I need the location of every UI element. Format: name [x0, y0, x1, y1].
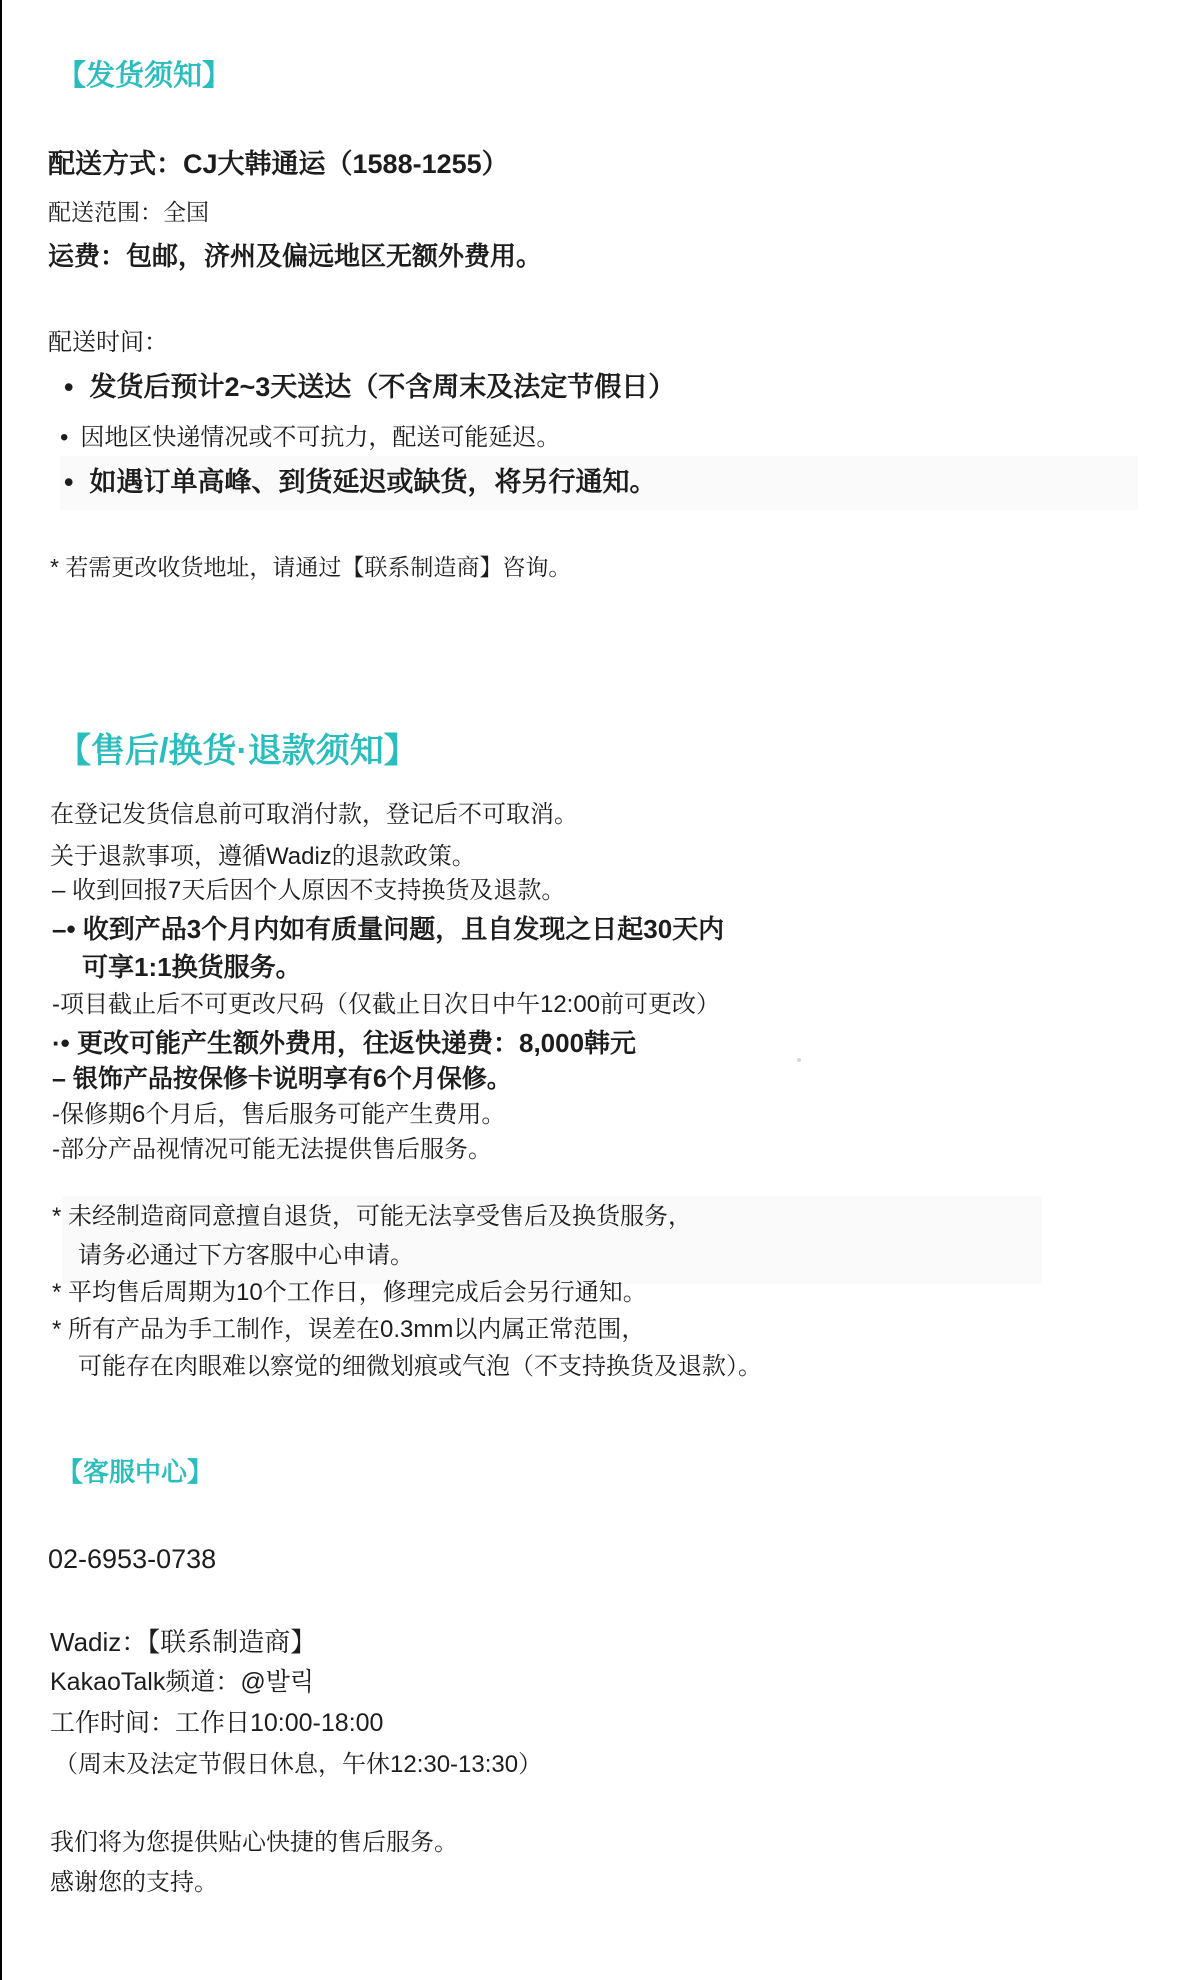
bullet-icon: •	[60, 423, 68, 453]
policy-line-2: –• 收到产品3个月内如有质量问题，且自发现之日起30天内	[52, 913, 724, 946]
shipping-fee-line: 运费：包邮，济州及偏远地区无额外费用。	[48, 240, 542, 273]
policy-line-6: -保修期6个月后，售后服务可能产生费用。	[52, 1100, 505, 1130]
policy-line-3: -项目截止后不可更改尺码（仅截止日次日中午12:00前可更改）	[52, 990, 720, 1020]
customer-center-kakao: KakaoTalk频道：@발릭	[50, 1667, 314, 1698]
notice-page: 【发货须知】 配送方式：CJ大韩通运（1588-1255） 配送范围：全国 运费…	[0, 0, 1191, 1980]
closing-line-2: 感谢您的支持。	[50, 1868, 218, 1898]
shipping-bullet-1: • 发货后预计2~3天送达（不含周末及法定节假日）	[64, 371, 675, 405]
shipping-bullet-2-text: 因地区快递情况或不可抗力，配送可能延迟。	[80, 423, 560, 453]
shipping-area-line: 配送范围：全国	[48, 198, 209, 227]
after-sales-heading: 【售后/换货·退款须知】	[57, 730, 418, 773]
speck-artifact	[797, 1058, 801, 1062]
policy-line-4: ·• 更改可能产生额外费用，往返快递费：8,000韩元	[52, 1027, 636, 1060]
policy-line-1: – 收到回报7天后因个人原因不支持换货及退款。	[52, 876, 565, 906]
star-note-3-cont: 可能存在肉眼难以察觉的细微划痕或气泡（不支持换货及退款）。	[78, 1352, 762, 1382]
shipping-bullet-1-text: 发货后预计2~3天送达（不含周末及法定节假日）	[89, 371, 675, 405]
customer-center-hours-note: （周末及法定节假日休息，午休12:30-13:30）	[54, 1750, 542, 1780]
star-note-3: * 所有产品为手工制作，误差在0.3mm以内属正常范围，	[52, 1315, 645, 1345]
star-note-1: * 未经制造商同意擅自退货，可能无法享受售后及换货服务，	[52, 1202, 692, 1232]
customer-center-heading: 【客服中心】	[57, 1456, 213, 1489]
shipping-time-label: 配送时间：	[48, 328, 168, 358]
shipping-method-line: 配送方式：CJ大韩通运（1588-1255）	[48, 148, 509, 182]
policy-line-7: -部分产品视情况可能无法提供售后服务。	[52, 1135, 492, 1165]
shipping-notice-heading: 【发货须知】	[57, 58, 231, 94]
policy-line-2-cont: 可享1:1换货服务。	[82, 951, 302, 984]
shipping-address-note: * 若需更改收货地址，请通过【联系制造商】咨询。	[50, 553, 571, 582]
customer-center-wadiz: Wadiz：【联系制造商】	[50, 1626, 316, 1659]
customer-center-phone: 02-6953-0738	[48, 1543, 216, 1577]
shipping-bullet-3-text: 如遇订单高峰、到货延迟或缺货，将另行通知。	[89, 466, 656, 500]
shipping-bullet-2: • 因地区快递情况或不可抗力，配送可能延迟。	[60, 423, 560, 453]
shipping-bullet-3: • 如遇订单高峰、到货延迟或缺货，将另行通知。	[64, 466, 656, 500]
bullet-icon: •	[64, 466, 73, 500]
star-note-2: * 平均售后周期为10个工作日，修理完成后会另行通知。	[52, 1278, 647, 1308]
after-sales-intro-1: 在登记发货信息前可取消付款，登记后不可取消。	[50, 800, 578, 830]
after-sales-intro-2: 关于退款事项，遵循Wadiz的退款政策。	[50, 842, 476, 872]
bullet-icon: •	[64, 371, 73, 405]
star-note-1-cont: 请务必通过下方客服中心申请。	[78, 1241, 414, 1271]
policy-line-5: – 银饰产品按保修卡说明享有6个月保修。	[52, 1064, 512, 1095]
customer-center-hours: 工作时间：工作日10:00-18:00	[50, 1708, 383, 1739]
closing-line-1: 我们将为您提供贴心快捷的售后服务。	[50, 1828, 458, 1858]
